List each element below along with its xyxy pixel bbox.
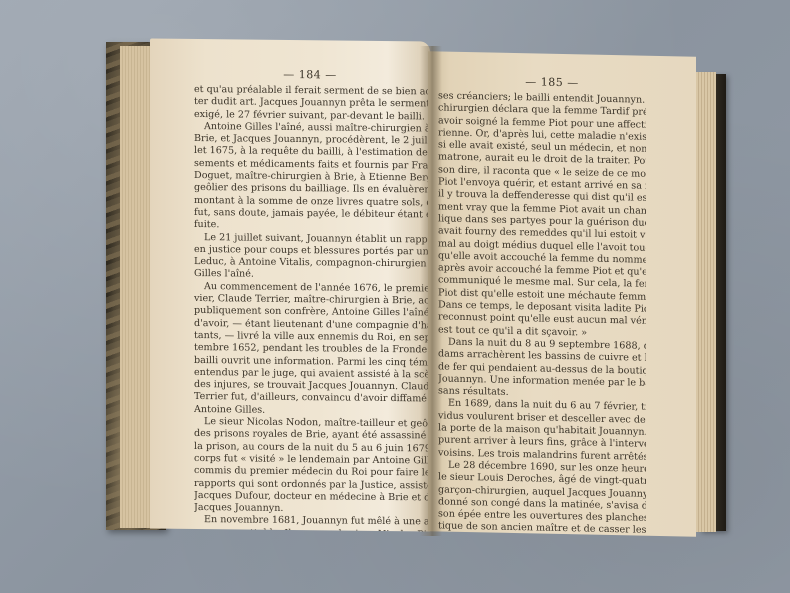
page-number-left: — 184 — — [190, 67, 430, 83]
right-page: — 185 — ses créanciers; le bailli entend… — [428, 51, 696, 537]
book-gutter — [420, 46, 442, 536]
right-page-text: ses créanciers; le bailli entendit Jouan… — [438, 90, 646, 536]
left-page: — 184 — et qu'au préalable il ferait ser… — [150, 39, 430, 532]
photo-scene: — 184 — et qu'au préalable il ferait ser… — [0, 0, 790, 593]
page-number-right: — 185 — — [428, 73, 696, 92]
left-page-text: et qu'au préalable il ferait serment de … — [194, 84, 430, 531]
